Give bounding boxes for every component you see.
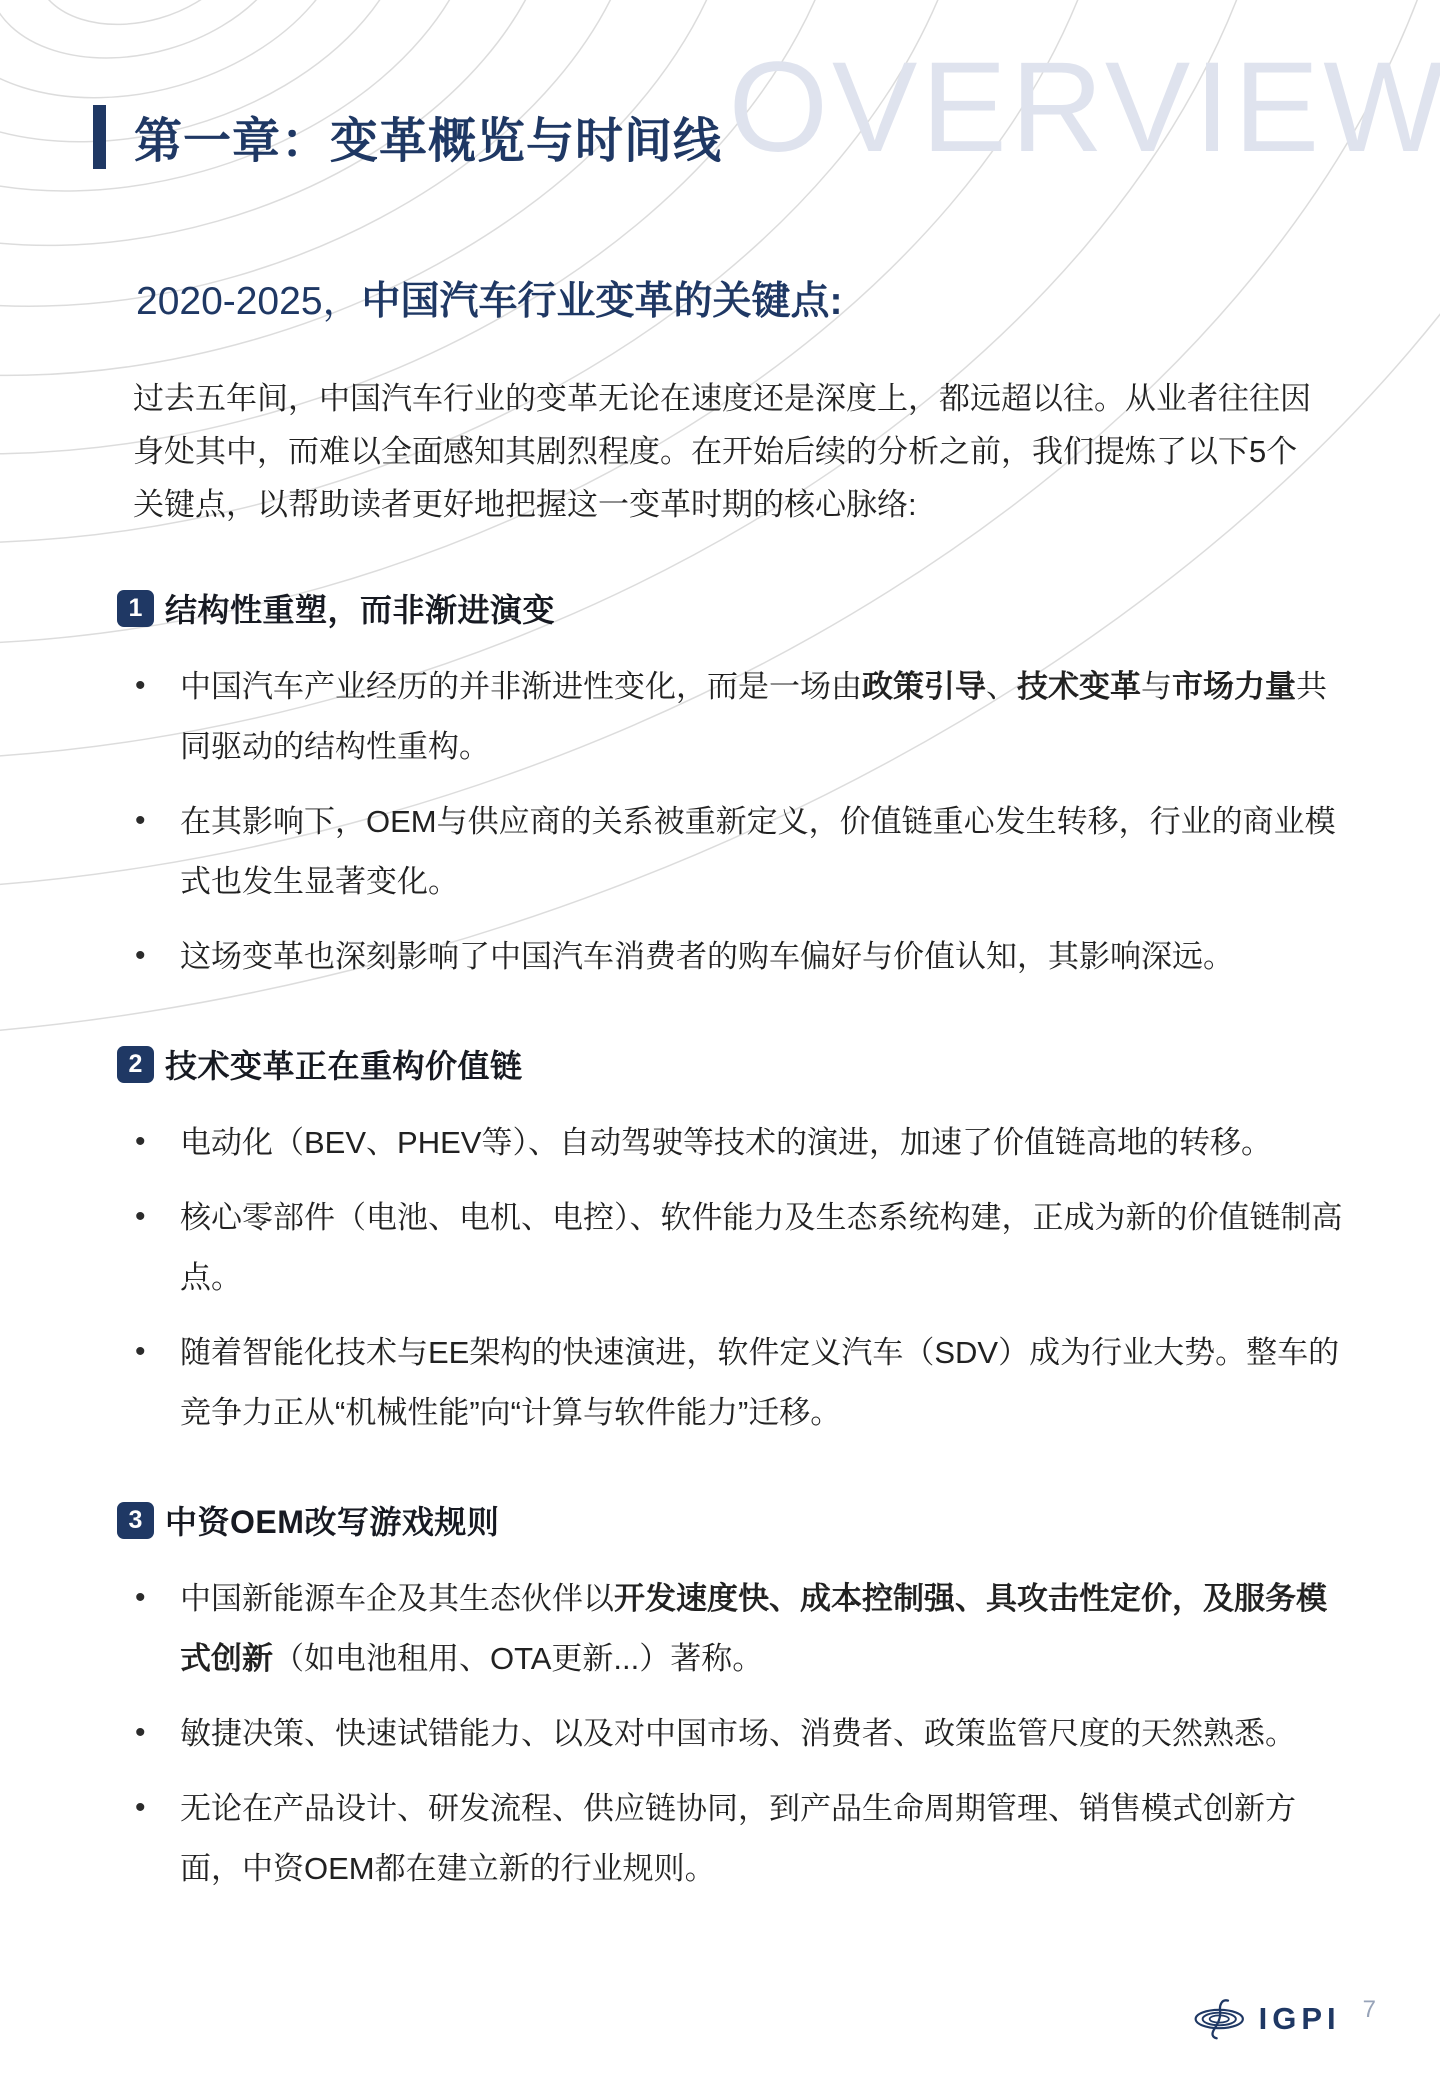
report-page: OVERVIEW 第一章：变革概览与时间线 2020-2025，中国汽车行业变革… bbox=[0, 0, 1440, 2080]
bullet-text: 中国新能源车企及其生态伙伴以 bbox=[180, 1581, 614, 1616]
bullet-text: 在其影响下，OEM与供应商的关系被重新定义，价值链重心发生转移，行业的商业模式也… bbox=[180, 804, 1336, 899]
section-1-header: 1 结构性重塑，而非渐进演变 bbox=[117, 585, 1355, 631]
accent-bar bbox=[93, 105, 106, 169]
intro-paragraph: 过去五年间，中国汽车行业的变革无论在速度还是深度上，都远超以往。从业者往往因身处… bbox=[133, 372, 1318, 531]
page-footer: IGPI 7 bbox=[1193, 1998, 1376, 2040]
section-3-bullet-list: 中国新能源车企及其生态伙伴以开发速度快、成本控制强、具攻击性定价，及服务模式创新… bbox=[133, 1569, 1355, 1899]
bullet-item: 这场变革也深刻影响了中国汽车消费者的购车偏好与价值认知，其影响深远。 bbox=[133, 927, 1352, 987]
section-1-number-badge: 1 bbox=[117, 590, 154, 627]
subtitle-years: 2020-2025， bbox=[136, 280, 362, 323]
bullet-text-bold: 技术变革 bbox=[1017, 669, 1141, 704]
igpi-logo-text: IGPI bbox=[1259, 2001, 1341, 2037]
bullet-text: 中国汽车产业经历的并非渐进性变化，而是一场由 bbox=[180, 669, 862, 704]
section-3-title: 中资OEM改写游戏规则 bbox=[165, 1497, 499, 1543]
section-3-header: 3 中资OEM改写游戏规则 bbox=[117, 1497, 1355, 1543]
subtitle-emphasis: 中国汽车行业变革的关键点: bbox=[362, 280, 843, 323]
section-1-title: 结构性重塑，而非渐进演变 bbox=[165, 585, 555, 631]
bullet-text: 随着智能化技术与EE架构的快速演进，软件定义汽车（SDV）成为行业大势。整车的竞… bbox=[180, 1335, 1339, 1430]
bullet-item: 随着智能化技术与EE架构的快速演进，软件定义汽车（SDV）成为行业大势。整车的竞… bbox=[133, 1323, 1352, 1443]
section-2-header: 2 技术变革正在重构价值链 bbox=[117, 1041, 1355, 1087]
bullet-text: （如电池租用、OTA更新...）著称。 bbox=[273, 1641, 763, 1676]
section-2: 2 技术变革正在重构价值链 电动化（BEV、PHEV等）、自动驾驶等技术的演进，… bbox=[133, 1041, 1355, 1443]
bullet-item: 在其影响下，OEM与供应商的关系被重新定义，价值链重心发生转移，行业的商业模式也… bbox=[133, 792, 1352, 912]
bullet-text-bold: 政策引导 bbox=[862, 669, 986, 704]
bullet-item: 中国新能源车企及其生态伙伴以开发速度快、成本控制强、具攻击性定价，及服务模式创新… bbox=[133, 1569, 1352, 1689]
section-1: 1 结构性重塑，而非渐进演变 中国汽车产业经历的并非渐进性变化，而是一场由政策引… bbox=[133, 585, 1355, 987]
bullet-item: 核心零部件（电池、电机、电控）、软件能力及生态系统构建，正成为新的价值链制高点。 bbox=[133, 1188, 1352, 1308]
bullet-text: 、 bbox=[986, 669, 1017, 704]
chapter-title: 第一章：变革概览与时间线 bbox=[134, 102, 722, 171]
bullet-text: 核心零部件（电池、电机、电控）、软件能力及生态系统构建，正成为新的价值链制高点。 bbox=[180, 1200, 1343, 1295]
overview-watermark: OVERVIEW bbox=[728, 44, 1440, 172]
igpi-logo-icon bbox=[1193, 1998, 1249, 2040]
section-2-number-badge: 2 bbox=[117, 1046, 154, 1083]
chapter-header: 第一章：变革概览与时间线 bbox=[93, 102, 722, 171]
section-3: 3 中资OEM改写游戏规则 中国新能源车企及其生态伙伴以开发速度快、成本控制强、… bbox=[133, 1497, 1355, 1899]
bullet-item: 电动化（BEV、PHEV等）、自动驾驶等技术的演进，加速了价值链高地的转移。 bbox=[133, 1113, 1352, 1173]
section-2-title: 技术变革正在重构价值链 bbox=[165, 1041, 523, 1087]
section-1-bullet-list: 中国汽车产业经历的并非渐进性变化，而是一场由政策引导、技术变革与市场力量共同驱动… bbox=[133, 657, 1355, 987]
bullet-text: 无论在产品设计、研发流程、供应链协同，到产品生命周期管理、销售模式创新方面，中资… bbox=[180, 1791, 1296, 1886]
page-number: 7 bbox=[1363, 1996, 1376, 2024]
bullet-item: 敏捷决策、快速试错能力、以及对中国市场、消费者、政策监管尺度的天然熟悉。 bbox=[133, 1704, 1352, 1764]
page-subtitle: 2020-2025，中国汽车行业变革的关键点: bbox=[136, 270, 843, 326]
bullet-text: 与 bbox=[1141, 669, 1172, 704]
bullet-item: 无论在产品设计、研发流程、供应链协同，到产品生命周期管理、销售模式创新方面，中资… bbox=[133, 1779, 1352, 1899]
bullet-text-bold: 市场力量 bbox=[1172, 669, 1296, 704]
bullet-text: 敏捷决策、快速试错能力、以及对中国市场、消费者、政策监管尺度的天然熟悉。 bbox=[180, 1716, 1296, 1751]
bullet-item: 中国汽车产业经历的并非渐进性变化，而是一场由政策引导、技术变革与市场力量共同驱动… bbox=[133, 657, 1352, 777]
bullet-text: 电动化（BEV、PHEV等）、自动驾驶等技术的演进，加速了价值链高地的转移。 bbox=[180, 1125, 1272, 1160]
bullet-text: 这场变革也深刻影响了中国汽车消费者的购车偏好与价值认知，其影响深远。 bbox=[180, 939, 1234, 974]
section-3-number-badge: 3 bbox=[117, 1502, 154, 1539]
page-content: 过去五年间，中国汽车行业的变革无论在速度还是深度上，都远超以往。从业者往往因身处… bbox=[133, 372, 1355, 1914]
section-2-bullet-list: 电动化（BEV、PHEV等）、自动驾驶等技术的演进，加速了价值链高地的转移。核心… bbox=[133, 1113, 1355, 1443]
